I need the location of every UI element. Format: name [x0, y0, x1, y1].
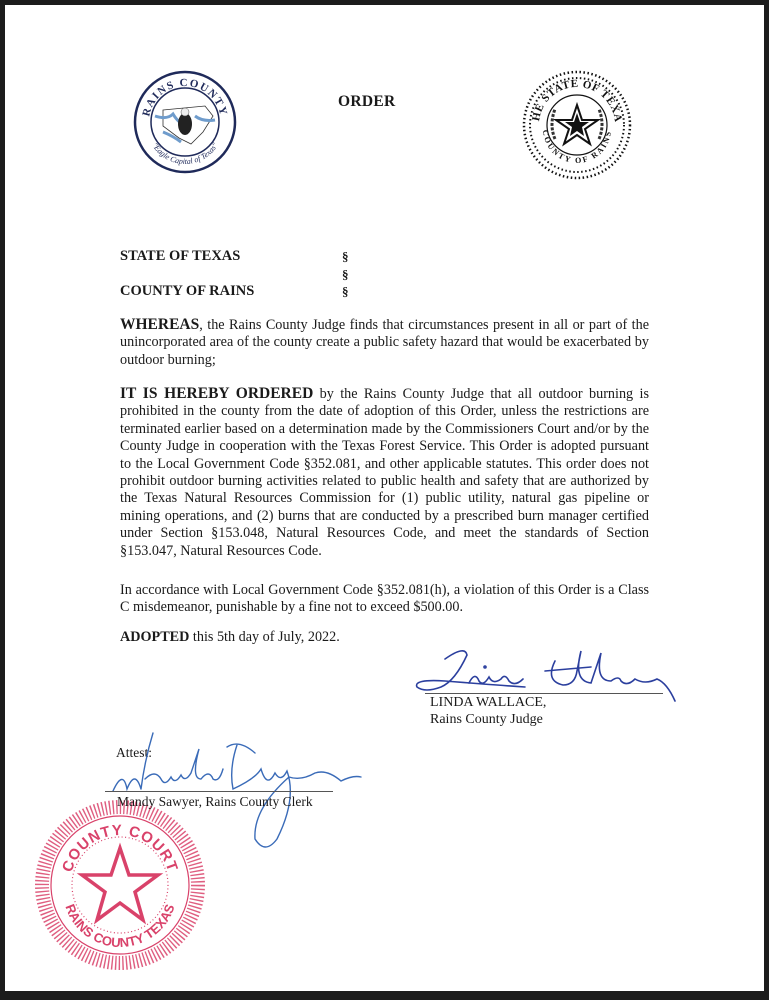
order-paragraph: IT IS HEREBY ORDERED by the Rains County…: [120, 385, 649, 560]
order-lead: IT IS HEREBY ORDERED: [120, 385, 313, 402]
document-page: RAINS COUNTY "Eagle Capital of Texas" OR…: [5, 5, 764, 991]
penalty-text: In accordance with Local Government Code…: [120, 582, 649, 615]
judge-name: LINDA WALLACE,: [430, 694, 546, 711]
clerk-signature-line: [105, 791, 333, 792]
texas-state-seal-icon: THE STATE OF TEXAS COUNTY OF RAINS: [521, 69, 633, 181]
caption-county: COUNTY OF RAINS: [120, 283, 254, 300]
svg-text:THE STATE OF TEXAS: THE STATE OF TEXAS: [521, 69, 624, 123]
section-symbol: §: [342, 267, 349, 283]
whereas-lead: WHEREAS: [120, 316, 199, 333]
order-text: by the Rains County Judge that all outdo…: [120, 386, 649, 559]
rains-county-seal-icon: RAINS COUNTY "Eagle Capital of Texas": [133, 70, 237, 174]
judge-block: LINDA WALLACE, Rains County Judge: [430, 694, 546, 729]
caption-state: STATE OF TEXAS: [120, 248, 240, 265]
penalty-paragraph: In accordance with Local Government Code…: [120, 582, 649, 617]
clerk-name-title: Mandy Sawyer, Rains County Clerk: [117, 794, 313, 810]
adopted-lead: ADOPTED: [120, 629, 189, 645]
svg-text:RAINS COUNTY TEXAS: RAINS COUNTY TEXAS: [62, 902, 177, 950]
section-symbol: §: [342, 284, 349, 300]
whereas-paragraph: WHEREAS, the Rains County Judge finds th…: [120, 316, 649, 369]
whereas-text: , the Rains County Judge finds that circ…: [120, 317, 649, 368]
page-title: ORDER: [338, 93, 395, 111]
section-symbol: §: [342, 249, 349, 265]
judge-title: Rains County Judge: [430, 711, 546, 728]
adopted-text: this 5th day of July, 2022.: [189, 629, 339, 645]
